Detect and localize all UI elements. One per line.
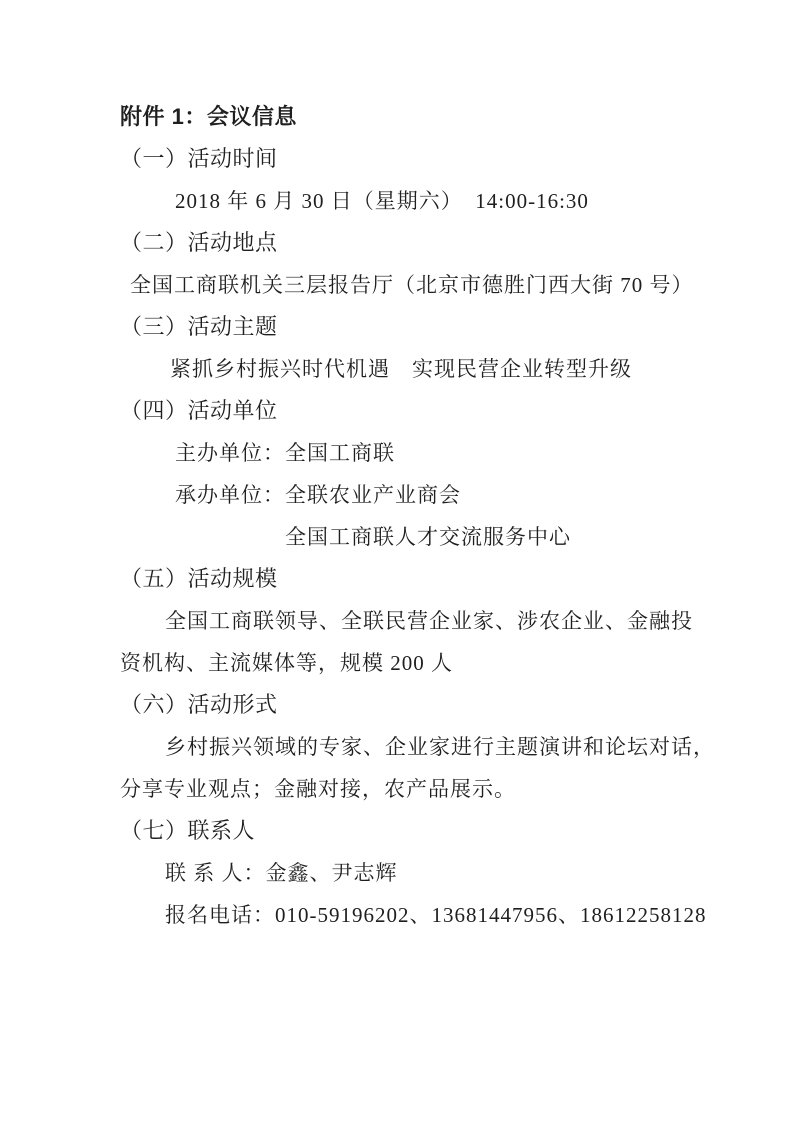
body-line-scale-2: 资机构、主流媒体等，规模 200 人 [120, 642, 700, 684]
section-heading-activity-scale: （五）活动规模 [120, 558, 700, 600]
body-line-scale-1: 全国工商联领导、全联民营企业家、涉农企业、金融投 [120, 600, 700, 642]
section-heading-activity-location: （二）活动地点 [120, 222, 700, 264]
body-line-format-1: 乡村振兴领域的专家、企业家进行主题演讲和论坛对话， [120, 726, 700, 768]
body-line-activity-location: 全国工商联机关三层报告厅（北京市德胜门西大街 70 号） [120, 264, 700, 306]
body-line-organizer-unit-2: 全国工商联人才交流服务中心 [120, 516, 700, 558]
section-heading-activity-theme: （三）活动主题 [120, 306, 700, 348]
page-title: 附件 1：会议信息 [120, 96, 700, 138]
body-line-contact-phones: 报名电话：010-59196202、13681447956、1861225812… [120, 894, 700, 936]
section-heading-contacts: （七）联系人 [120, 810, 700, 852]
body-line-format-2: 分享专业观点；金融对接，农产品展示。 [120, 768, 700, 810]
section-heading-activity-time: （一）活动时间 [120, 138, 700, 180]
section-heading-activity-organizers: （四）活动单位 [120, 390, 700, 432]
body-line-host-unit: 主办单位：全国工商联 [120, 432, 700, 474]
body-line-organizer-unit: 承办单位：全联农业产业商会 [120, 474, 700, 516]
section-heading-activity-format: （六）活动形式 [120, 684, 700, 726]
body-line-contact-names: 联 系 人：金鑫、尹志辉 [120, 852, 700, 894]
document-content: 附件 1：会议信息 （一）活动时间 2018 年 6 月 30 日（星期六） 1… [0, 0, 800, 936]
body-line-activity-time: 2018 年 6 月 30 日（星期六） 14:00-16:30 [120, 180, 700, 222]
document-page: 附件 1：会议信息 （一）活动时间 2018 年 6 月 30 日（星期六） 1… [0, 0, 800, 1131]
body-line-activity-theme: 紧抓乡村振兴时代机遇 实现民营企业转型升级 [120, 348, 700, 390]
